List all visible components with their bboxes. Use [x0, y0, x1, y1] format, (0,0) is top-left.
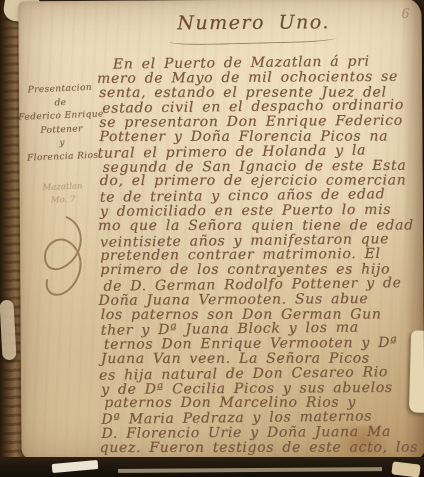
manuscript-body: En el Puerto de Mazatlan á primero de Ma… [99, 55, 424, 457]
manuscript-line: veintisiete años y manifestaron que [100, 231, 424, 250]
rubric-flourish [34, 213, 97, 305]
page-edge-fragment [391, 461, 420, 477]
manuscript-scan: 6 Numero Uno. PresentaciondeFederico Enr… [0, 0, 424, 477]
manuscript-page: 6 Numero Uno. PresentaciondeFederico Enr… [18, 0, 424, 462]
page-edge-fragment [52, 460, 99, 473]
page-number: 6 [401, 7, 409, 22]
margin-note-faint: MazatlanMo. 7 [18, 179, 108, 209]
page-title: Numero Uno. [138, 11, 368, 35]
manuscript-line: quez. Fueron testigos de este acto, los [100, 440, 424, 455]
title-underline-flourish [169, 34, 337, 46]
book-edge [0, 457, 424, 477]
page-edge-fragment [118, 467, 382, 473]
margin-note-line: Mo. 7 [18, 192, 108, 209]
